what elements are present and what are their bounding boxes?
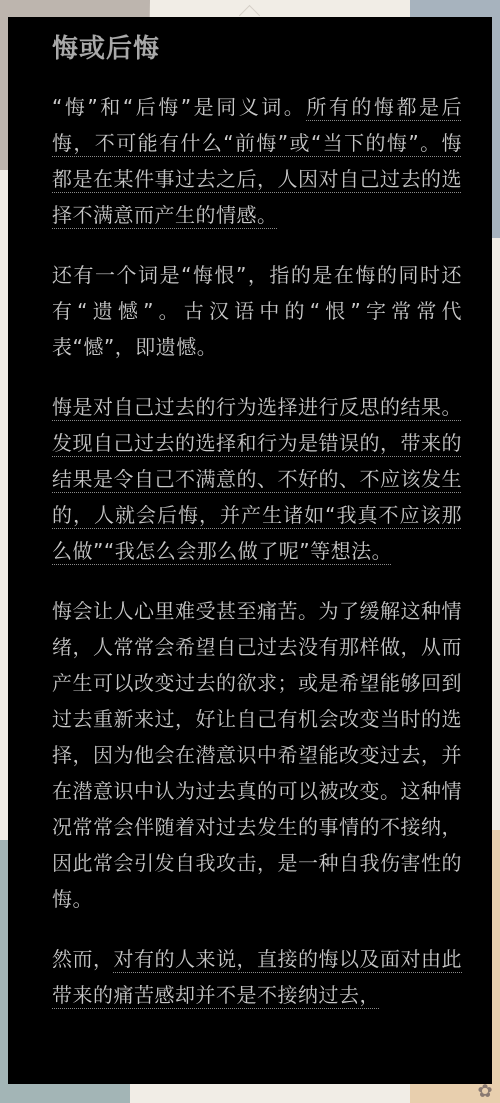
paragraph-text: “悔”和“后悔”是同义词。 bbox=[52, 95, 306, 119]
paragraph-2: 还有一个词是“悔恨”，指的是在悔的同时还有“遗憾”。古汉语中的“恨”字常常代表“… bbox=[52, 257, 462, 365]
article-body: “悔”和“后悔”是同义词。所有的悔都是后悔，不可能有什么“前悔”或“当下的悔”。… bbox=[52, 89, 462, 1037]
article-card: 悔或后悔 “悔”和“后悔”是同义词。所有的悔都是后悔，不可能有什么“前悔”或“当… bbox=[8, 17, 492, 1084]
background-shape-sage-bottom bbox=[0, 1084, 130, 1103]
highlighted-text[interactable]: 对有的人来说，直接的悔以及面对由此带来的痛苦感却并不是不接纳过去， bbox=[52, 947, 462, 1007]
paragraph-text: 然而， bbox=[52, 947, 114, 971]
paragraph-5: 然而，对有的人来说，直接的悔以及面对由此带来的痛苦感却并不是不接纳过去， bbox=[52, 941, 462, 1013]
paragraph-1: “悔”和“后悔”是同义词。所有的悔都是后悔，不可能有什么“前悔”或“当下的悔”。… bbox=[52, 89, 462, 233]
paragraph-text: 还有一个词是“悔恨”，指的是在悔的同时还有“遗憾”。古汉语中的“恨”字常常代表“… bbox=[52, 263, 462, 359]
article-title: 悔或后悔 bbox=[52, 29, 160, 69]
highlighted-text[interactable]: 悔是对自己过去的行为选择进行反思的结果。发现自己过去的选择和行为是错误的，带来的… bbox=[52, 395, 462, 563]
bow-decoration-icon: ✿ bbox=[474, 1083, 496, 1101]
paragraph-3: 悔是对自己过去的行为选择进行反思的结果。发现自己过去的选择和行为是错误的，带来的… bbox=[52, 389, 462, 569]
paragraph-text: 悔会让人心里难受甚至痛苦。为了缓解这种情绪，人常常会希望自己过去没有那样做，从而… bbox=[52, 599, 462, 911]
paragraph-4: 悔会让人心里难受甚至痛苦。为了缓解这种情绪，人常常会希望自己过去没有那样做，从而… bbox=[52, 593, 462, 917]
